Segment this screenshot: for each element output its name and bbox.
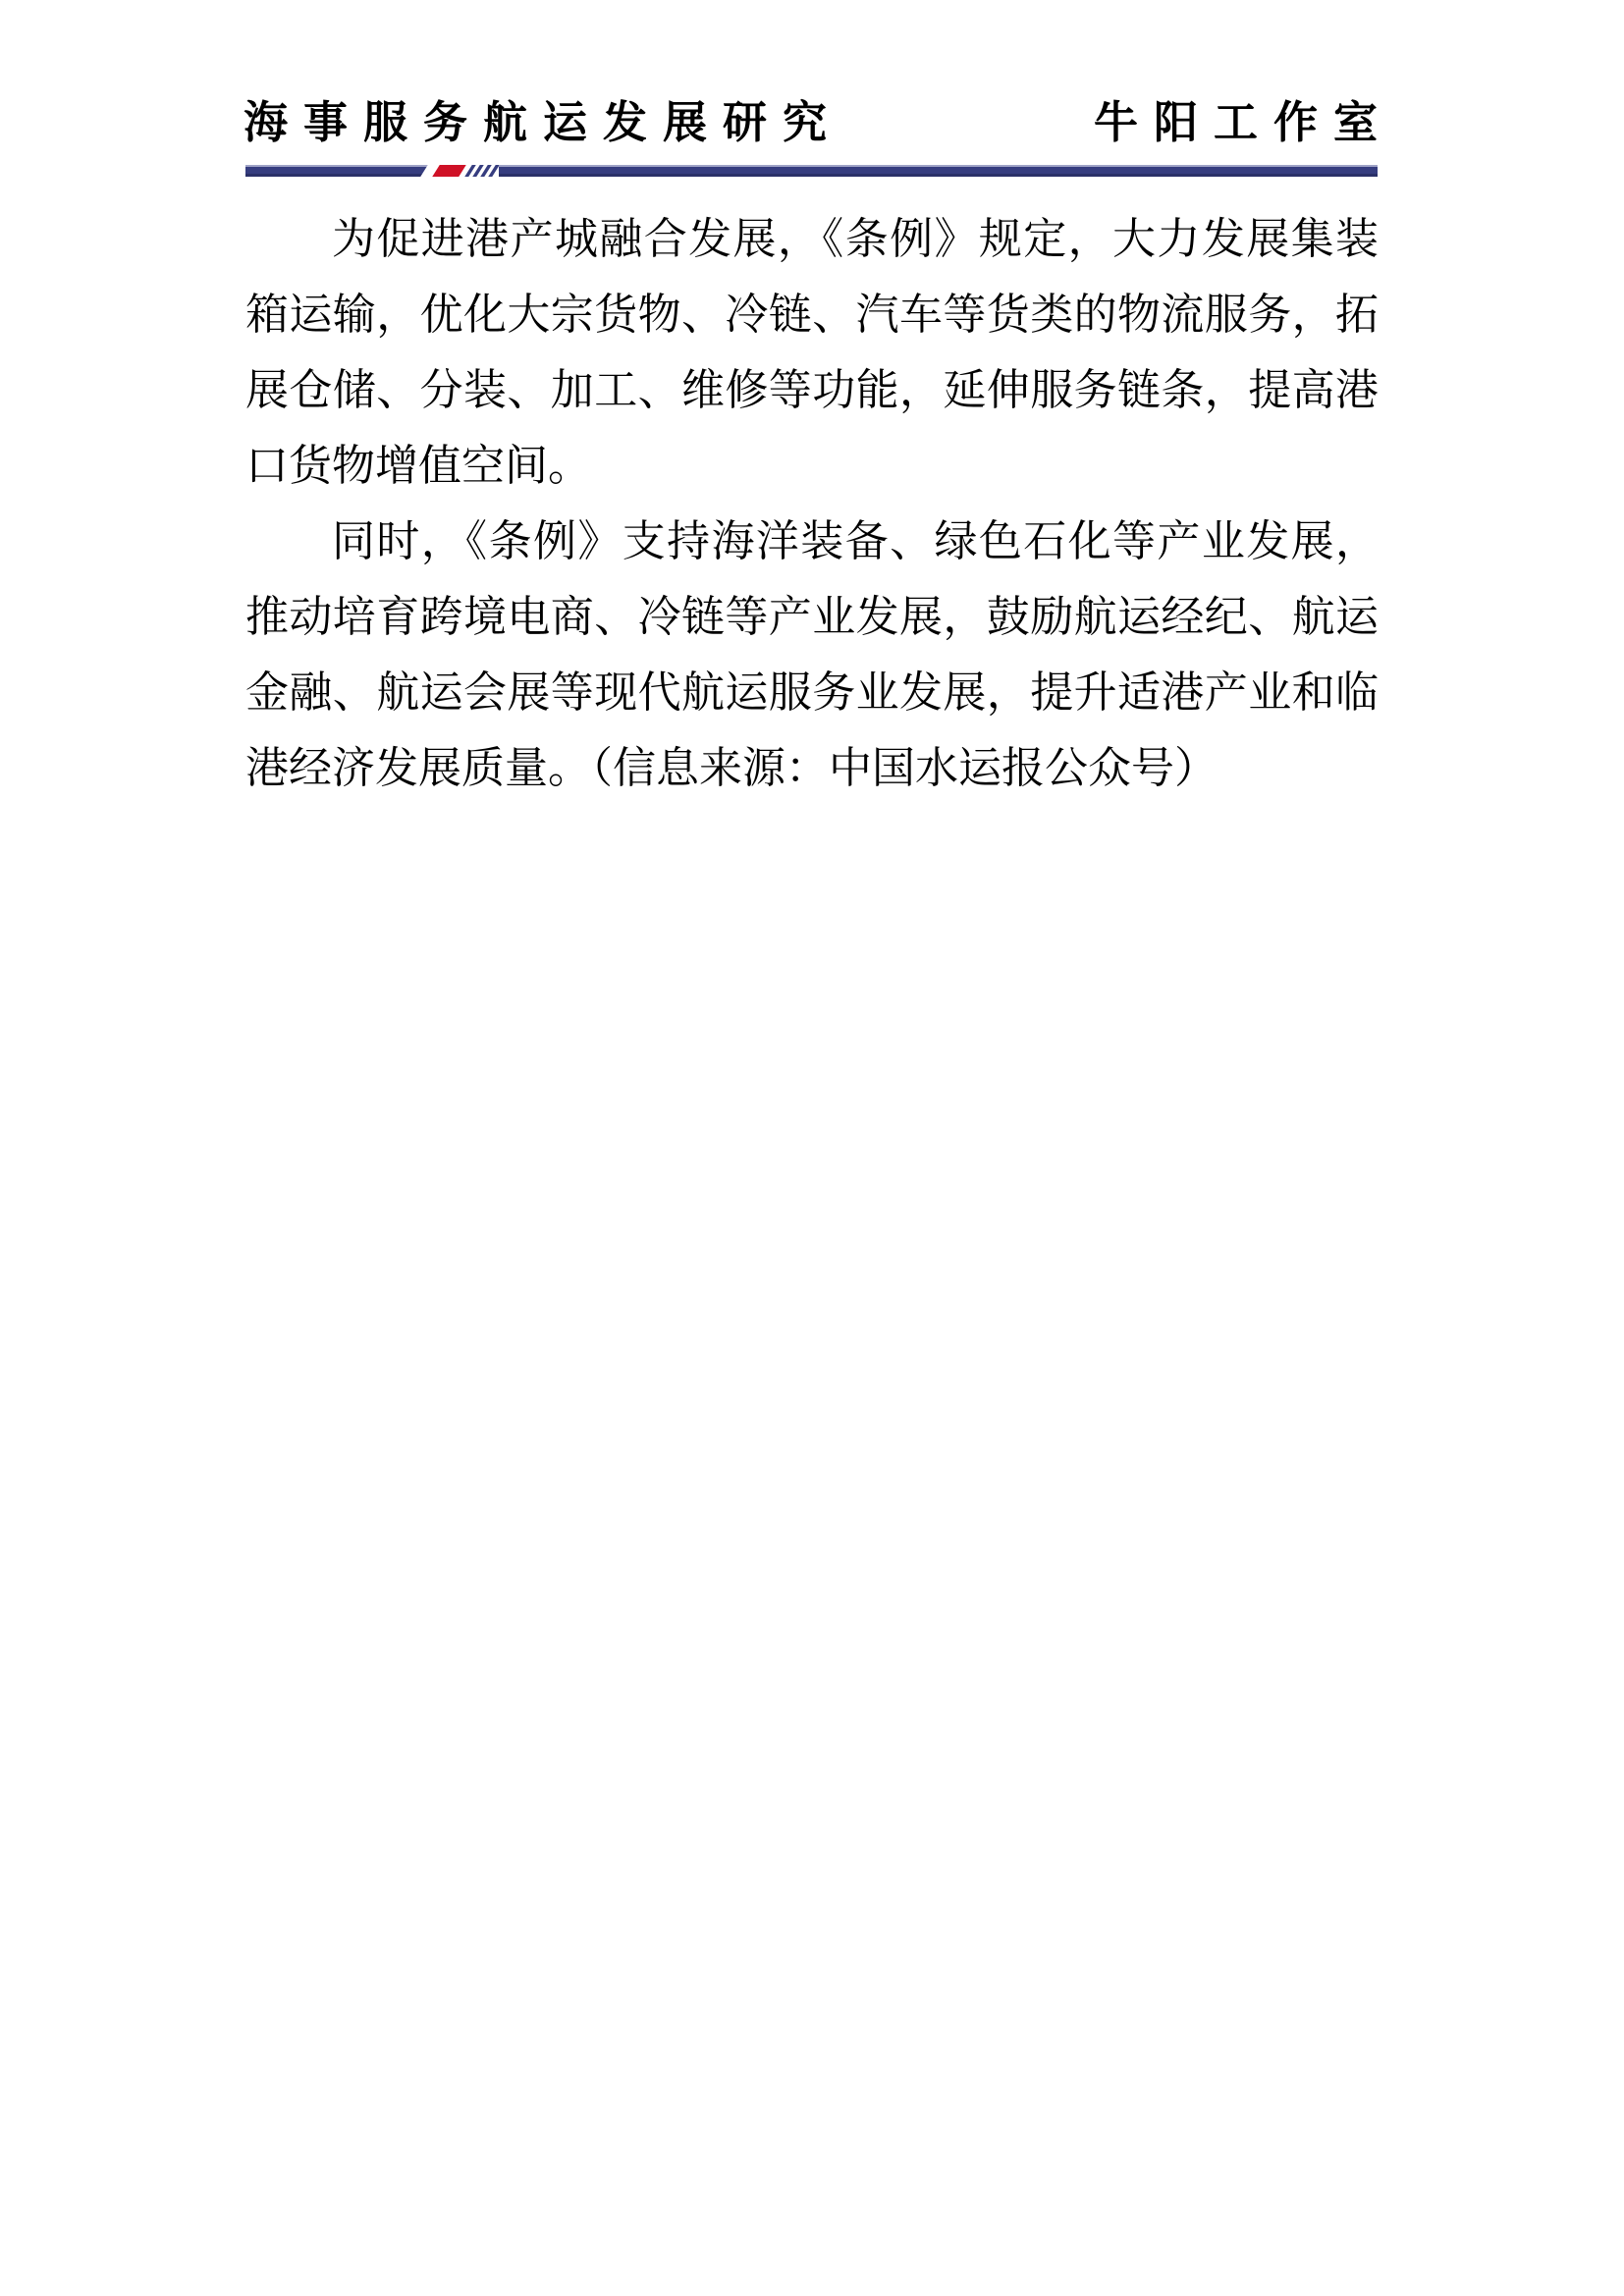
header-rule-accent-gap	[428, 165, 499, 177]
page-header: 海事服务航运发展研究 牛阳工作室	[244, 94, 1378, 151]
body-line: 港经济发展质量。（信息来源：中国水运报公众号）	[245, 730, 1379, 806]
body-line: 金融、航运会展等现代航运服务业发展，提升适港产业和临	[245, 655, 1379, 730]
red-parallelogram-accent	[432, 165, 465, 177]
document-body: 为促进港产城融合发展，《条例》规定，大力发展集装 箱运输，优化大宗货物、冷链、汽…	[245, 201, 1379, 806]
document-page: 海事服务航运发展研究 牛阳工作室 为促进港产城融合发展，《条例》规定，大力发展集…	[0, 0, 1624, 2296]
body-line: 展仓储、分装、加工、维修等功能，延伸服务链条，提高港	[245, 352, 1379, 428]
body-line: 为促进港产城融合发展，《条例》规定，大力发展集装	[245, 201, 1379, 277]
body-line: 同时，《条例》支持海洋装备、绿色石化等产业发展，	[245, 504, 1379, 579]
header-rule-left-segment	[245, 165, 428, 177]
body-line: 口货物增值空间。	[245, 428, 1379, 504]
body-line: 推动培育跨境电商、冷链等产业发展，鼓励航运经纪、航运	[245, 579, 1379, 655]
header-rule-right-segment	[499, 165, 1378, 177]
header-left-title: 海事服务航运发展研究	[244, 94, 842, 151]
body-line: 箱运输，优化大宗货物、冷链、汽车等货类的物流服务，拓	[245, 277, 1379, 352]
header-right-title: 牛阳工作室	[1094, 94, 1393, 151]
header-rule	[245, 165, 1378, 177]
